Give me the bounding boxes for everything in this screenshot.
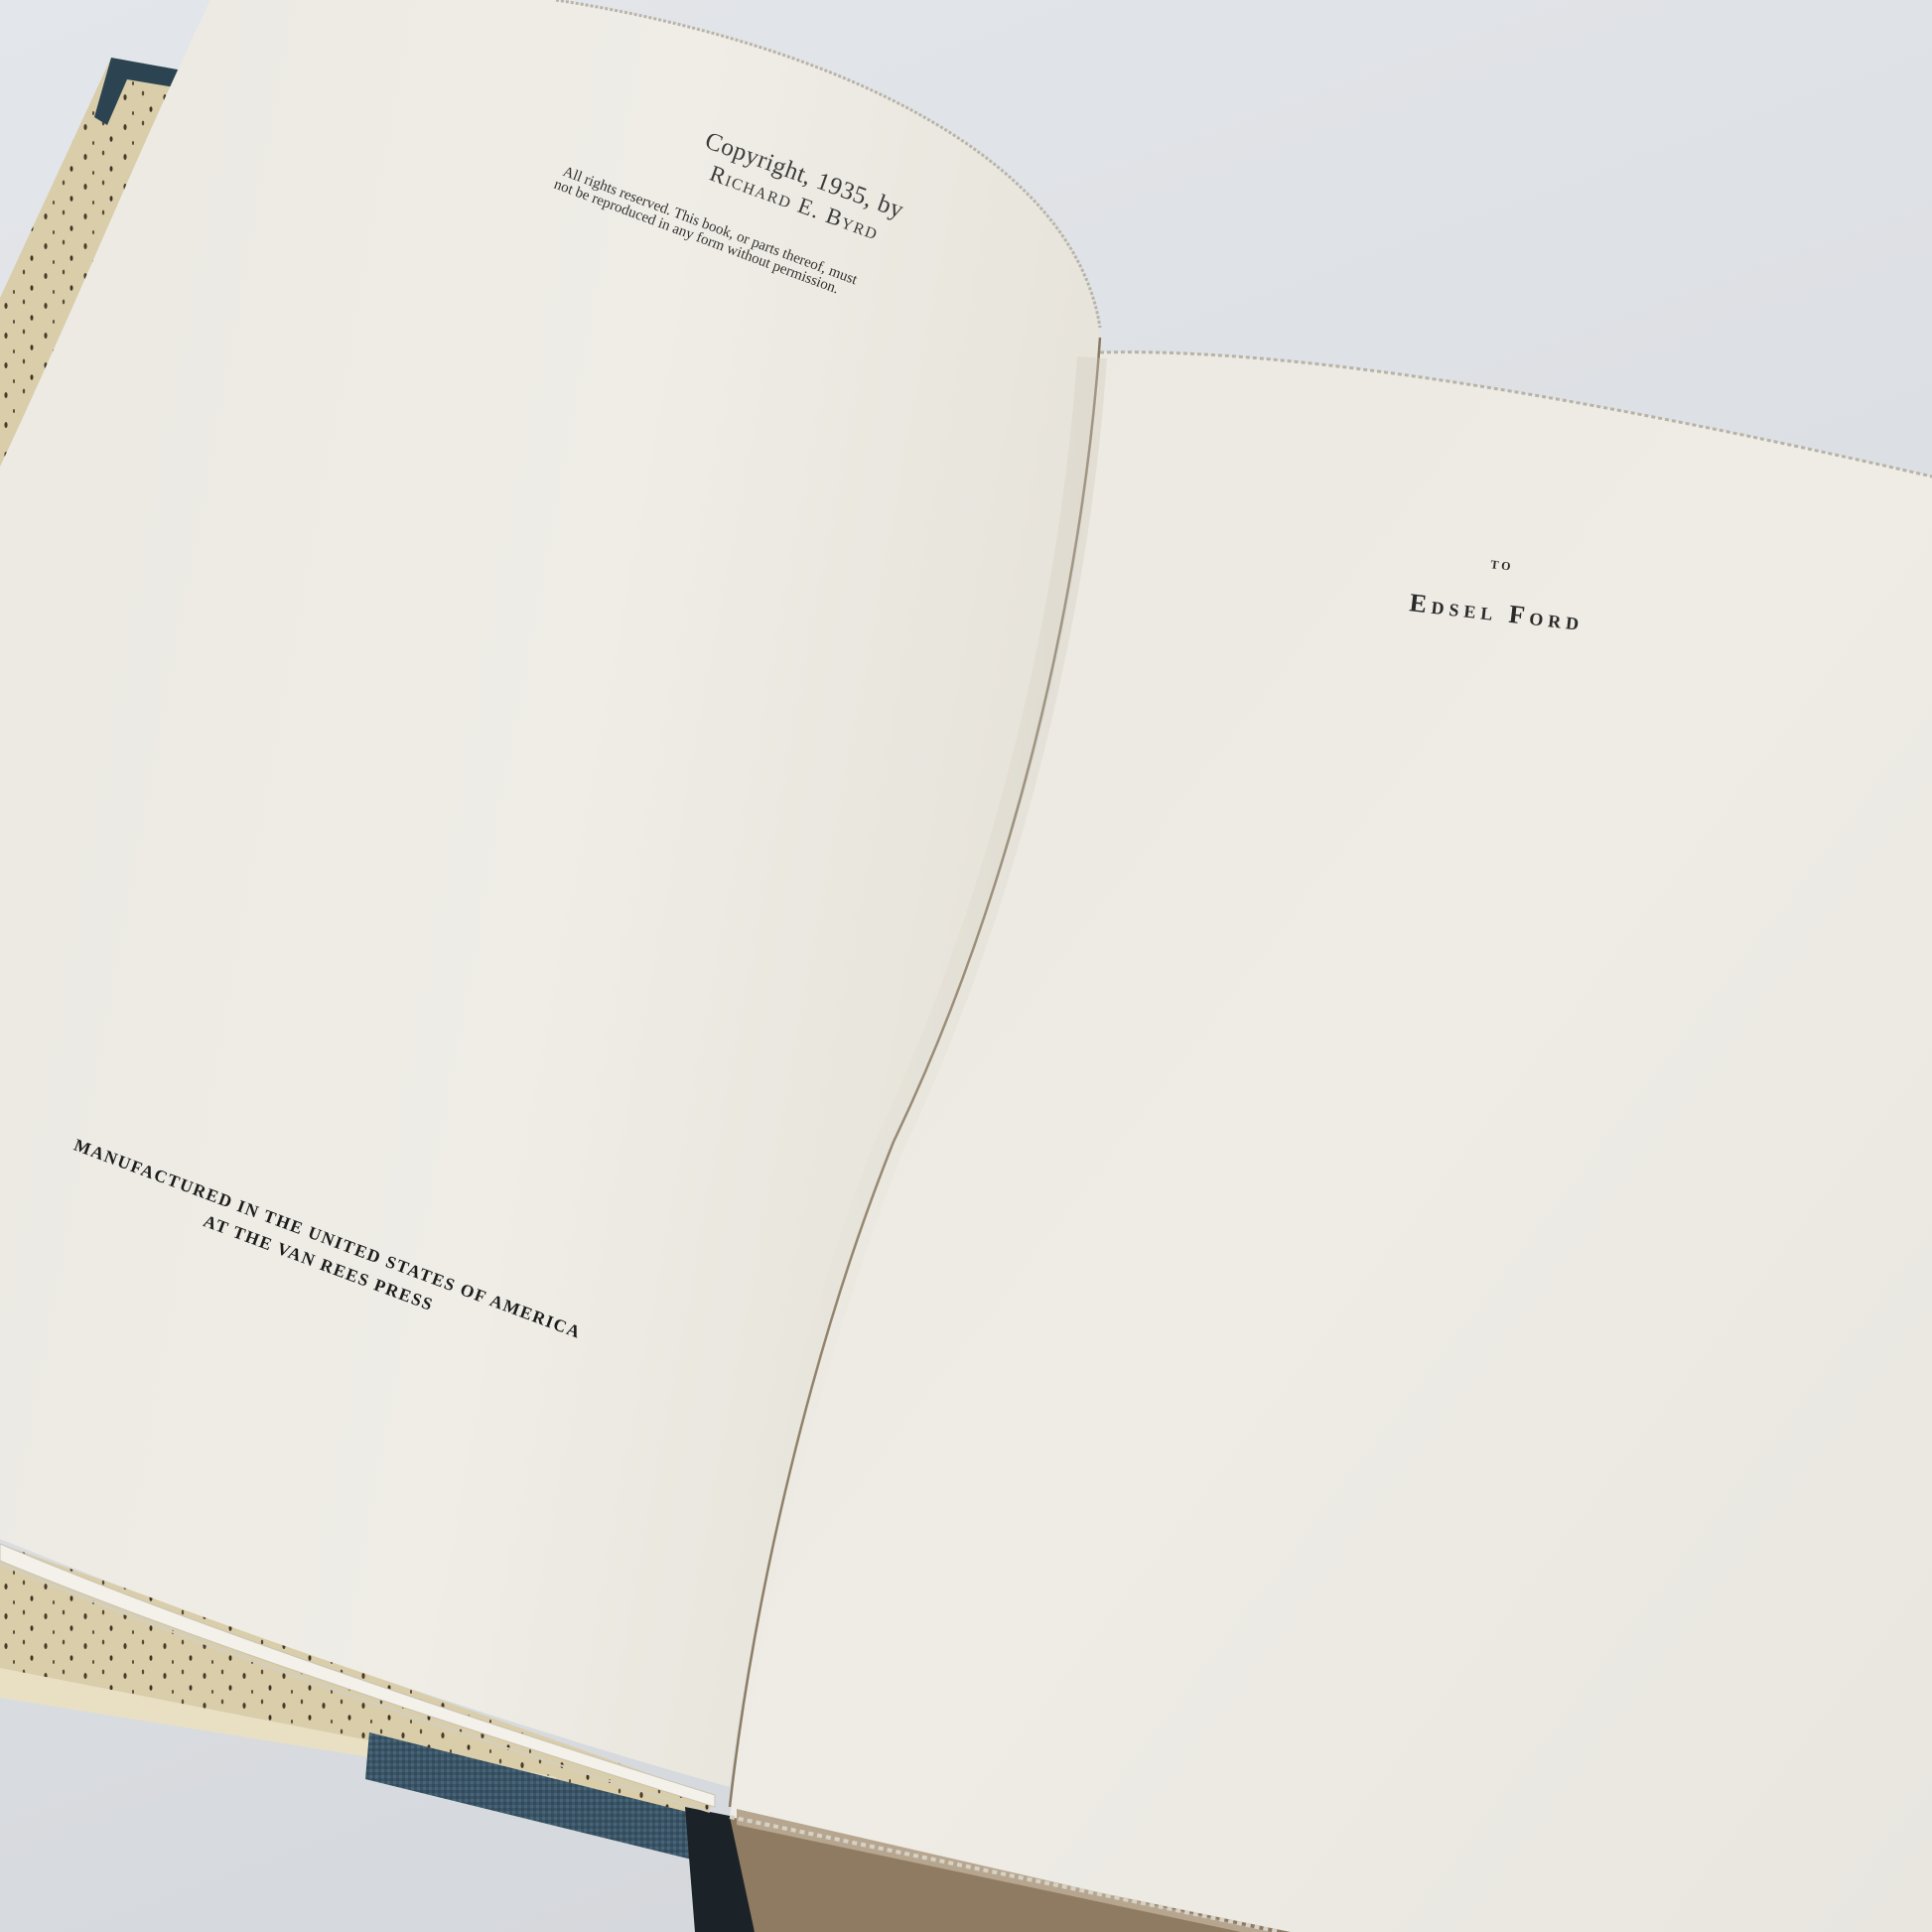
book-illustration <box>0 0 1932 1932</box>
open-book-photo: Copyright, 1935, by Richard E. Byrd All … <box>0 0 1932 1932</box>
